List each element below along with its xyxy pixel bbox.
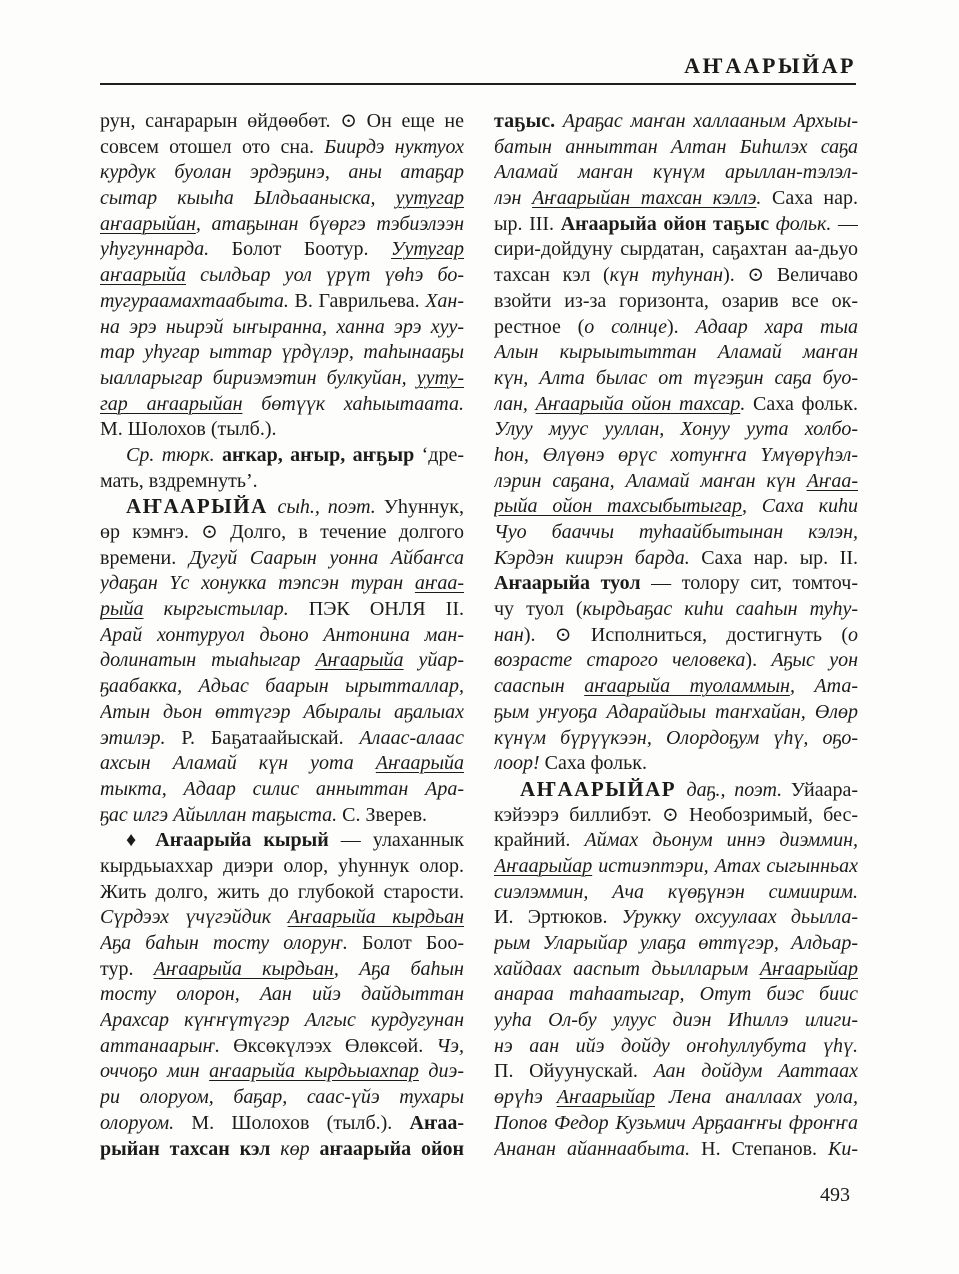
example-text: кыргыстылар. [144,598,309,620]
text-line: П. Ойуунускай. Аан дойдум Ааттаах [494,1059,858,1085]
example-text: бөтүүк хаһыытаата. [243,393,465,415]
example-text: хайдаах ааспыт дьылларым [494,958,760,980]
example-text: Попов Федор Кузьмич Арҕааҥҥы фроҥҥа [494,1112,858,1134]
text-line: аҥаарыйан, атаҕынан бүөргэ тэбиэлээн [100,212,464,238]
text-segment: М. Шолохов (тылб.). [191,1112,409,1134]
example-text: Арахсар күҥҥүтүгэр Алгыс курдугунан [100,1009,464,1031]
example-text: ри олоруом, баҕар, саас-үйэ тухары [100,1086,464,1108]
text-line: нан). ⊙ Исполниться, достигнуть (о [494,623,858,649]
text-line: кырдьыаххар диэри олор, уһуннук олор. ⊙ [100,854,464,880]
text-line: оччоҕо мин аҥаарыйа кырдьыахпар диэ- [100,1059,464,1085]
example-text: ҕас илгэ Айыллан таҕыста. [100,804,342,826]
text-line: И. Эртюков. Урукку охсуулаах дьылла- [494,905,858,931]
example-text: ахсын Аламай күн уота [100,752,376,774]
text-line: күн, Алта былас от түгэҕин саҕа буо- [494,366,858,392]
text-line: времени. Дугуй Саарын уонна Айбаҥса [100,546,464,572]
underlined-example: рыйа [100,598,144,620]
text-segment: Саха нар. [772,187,858,209]
example-text: ууһа Ол-бу улуус диэн Иһиллэ илиги- [494,1009,858,1031]
example-text: возрасте старого человека [494,649,745,671]
bold-phrase: Аҥаарыйа кырый [155,829,341,851]
text-line: сиэлэммин, Ача күөҕүнэн симиирим. [494,880,858,906]
example-text: сыһ., поэт. [277,496,383,518]
example-text: Лена аналлаах уола, [655,1086,858,1108]
example-text: ҕаабакка, Адьас баарын ырытталлар, [100,675,464,697]
example-text: . [756,187,772,209]
bold-phrase: таҕыс. [494,110,563,132]
text-segment: өр кэмҥэ. ⊙ Долго, в течение долгого [100,521,464,543]
text-line: долинатын тыаһыгар Аҥаарыйа уйар- [100,648,464,674]
example-text: һон, Өлүөнэ өрүс хотуҥҥа Үмүөрүһэл- [494,444,858,466]
header-rule [100,83,856,85]
example-text: лэн [494,187,532,209]
example-text: Аймах дьонум иннэ диэммин, [584,829,858,851]
column-right: таҕыс. Араҕас маҥан халлааным Архыы-баты… [494,109,858,1162]
example-text: Чэ, [436,1035,464,1057]
text-line: рун, саҥарарын өйдөөбөт. ⊙ Он еще не [100,109,464,135]
text-segment: Саха фольк. [753,393,858,415]
text-line: Кэрдэн киирэн барда. Саха нар. ыр. II. [494,546,858,572]
text-segment: Р. Баҕатаайыскай. [181,727,359,749]
text-segment: Н. Степанов. [701,1138,828,1160]
example-text: күн туһунан [610,264,723,286]
example-text: нан [494,624,524,646]
example-text: на эрэ ньирэй ыҥыранна, ханна эрэ хуу- [100,316,464,338]
example-text: , Ата- [790,675,858,697]
example-text: көр [280,1138,309,1160]
text-line: олоруом. М. Шолохов (тылб.). Аҥаа- [100,1111,464,1137]
example-text: сылдьар уол үрүт үөһэ бо- [186,264,464,286]
example-text: удаҕан Үс хонукка тэпсэн туран [100,572,415,594]
text-line: лан, Аҥаарыйа ойон тахсар. Саха фольк. [494,392,858,418]
underlined-example: Аҥаарыйар [557,1086,655,1108]
text-line: тар уһугар ыттар үрдүлэр, таһынааҕы [100,340,464,366]
text-line: крайний. Аймах дьонум иннэ диэммин, [494,828,858,854]
text-segment: М. Шолохов (тылб.). [100,418,277,440]
example-text: олоруом. [100,1112,191,1134]
text-line: хайдаах ааспыт дьылларым Аҥаарыйар [494,957,858,983]
example-text: Урукку охсуулаах дьылла- [622,906,858,928]
text-segment: ). ⊙ Исполниться, достигнуть ( [524,624,848,646]
bold-phrase: Аҥаарыйа туол [494,572,651,594]
text-line: Ананан айаннаабыта. Н. Степанов. Ки- [494,1137,858,1163]
example-text: тыкта, Адаар силис анныттан Ара- [100,778,464,800]
example-text: Аҕа баһын тосту олоруҥ. [100,932,362,954]
text-segment: ‘дре- [422,444,464,466]
text-line: ыалларыгар бириэмэтин булкуйан, ууту- [100,366,464,392]
text-segment: Уһуннук, [384,496,464,518]
text-line: этилэр. Р. Баҕатаайыскай. Алаас-алаас [100,726,464,752]
text-line: чу туол (кырдьаҕас киһи сааһын туһу- [494,597,858,623]
underlined-example: Аҥаа- [807,470,858,492]
example-text: өрүһэ [494,1086,557,1108]
example-text: сиэлэммин, Ача күөҕүнэн симиирим. [494,881,858,903]
example-text: лан, [494,393,536,415]
text-line: возрасте старого человека). Аҕыс уон [494,648,858,674]
text-segment: Өксөкүлээх Өлөксөй. [233,1035,436,1057]
text-segment: — [838,213,858,235]
example-text: Ср. тюрк. [126,444,222,466]
underlined-example: Аҥаарыйан тахсан кэллэ [532,187,756,209]
text-segment: И. Эртюков. [494,906,622,928]
example-text: тосту олорон, Аан ийэ дайдыттан [100,983,464,1005]
example-text: долинатын тыаһыгар [100,649,315,671]
text-line: Атын дьон өттүгэр Абыралы аҕалыах [100,700,464,726]
text-line: М. Шолохов (тылб.). [100,417,464,443]
text-line: батын анныттан Алтан Биһилэх саҕа [494,135,858,161]
text-line: ҕас илгэ Айыллан таҕыста. С. Зверев. [100,803,464,829]
text-segment: крайний. [494,829,584,851]
text-segment: чу туол ( [494,598,583,620]
underlined-example: Аҥаарыйа кырдьан [288,906,464,928]
underlined-example: Аҥаарыйа [315,649,403,671]
text-line: сири-дойдуну сырдатан, саҕахтан аа-дьуо [494,237,858,263]
underlined-example: уутугар [396,187,464,209]
text-segment: тур. [100,958,154,980]
text-line: Улуу муус ууллан, Хонуу уута холбо- [494,417,858,443]
example-text: тугураамахтаабыта. [100,290,294,312]
text-line: Алын кырыытыттан Аламай маҥан [494,340,858,366]
text-line: на эрэ ньирэй ыҥыранна, ханна эрэ хуу- [100,315,464,341]
example-text: истиэптэри, Атах сыгынньах [592,855,858,877]
example-text: Аан дойдум Ааттаах [654,1060,858,1082]
text-segment: взойти из-за горизонта, озарив все ок- [494,290,858,312]
text-line: тур. Аҥаарыйа кырдьан, Аҕа баһын [100,957,464,983]
example-text: нэ аан ийэ дойду оҥоһуллубута үһү. [494,1035,858,1057]
example-text: лэрин саҕана, Аламай маҥан күн [494,470,807,492]
text-segment: Болот Боотур. [232,238,391,260]
text-segment: сири-дойдуну сырдатан, саҕахтан аа-дьуо [494,238,858,260]
example-text: фольк. [776,213,838,235]
text-segment: С. Зверев. [342,804,427,826]
text-segment: Саха фольк. [545,752,647,774]
text-line: Аҕа баһын тосту олоруҥ. Болот Боо- [100,931,464,957]
underlined-example: Уутугар [391,238,464,260]
bold-phrase: рыйан тахсан кэл [100,1138,280,1160]
text-line: рыйа кыргыстылар. ПЭК ОНЛЯ II. [100,597,464,623]
underlined-example: аҥаа- [415,572,464,594]
underlined-example: аҥаарыйа туоламмын [584,675,790,697]
text-line: рестное (о солнце). Адаар хара тыа [494,315,858,341]
example-text: о [848,624,858,646]
underlined-example: аҥаарыйа кырдьыахпар [209,1060,419,1082]
text-line: Сүрдээх үчүгэйдик Аҥаарыйа кырдьан [100,905,464,931]
example-text: күнүм бүрүүкээн, Олордоҕум үһү, оҕо- [494,727,858,749]
text-line: ♦ Аҥаарыйа кырый — улаханнык [100,828,464,854]
example-text: аттанаарыҥ. [100,1035,233,1057]
text-segment: рун, саҥарарын өйдөөбөт. ⊙ Он еще не [100,110,464,132]
example-text: сытар кыыһа Ылдьааныска, [100,187,396,209]
example-text: лоор! [494,752,545,774]
text-line: уһугуннарда. Болот Боотур. Уутугар [100,237,464,263]
example-text: Алын кырыытыттан Аламай маҥан [494,341,858,363]
text-block: рун, саҥарарын өйдөөбөт. ⊙ Он еще несовс… [100,109,858,1162]
text-line: таҕыс. Араҕас маҥан халлааным Архыы- [494,109,858,135]
example-text: рым Уларыйар улаҕа өттүгэр, Алдьар- [494,932,858,954]
example-text: диэ- [419,1060,464,1082]
text-line: лэрин саҕана, Аламай маҥан күн Аҥаа- [494,469,858,495]
example-text: Хан- [425,290,464,312]
bold-phrase: аҥкар, аҥыр, аҥҕыр [222,444,422,466]
headword: АҤААРЫЙА [126,494,277,518]
text-line: кэйээрэ биллибэт. ⊙ Необозримый, бес- [494,803,858,829]
example-text: Адаар хара тыа [695,316,858,338]
text-segment: ). ⊙ Величаво [723,264,858,286]
example-text: Алаас-алаас [359,727,464,749]
text-line: өр кэмҥэ. ⊙ Долго, в течение долгого [100,520,464,546]
example-text: Атын дьон өттүгэр Абыралы аҕалыах [100,701,464,723]
column-left: рун, саҥарарын өйдөөбөт. ⊙ Он еще несовс… [100,109,464,1162]
text-line: гар аҥаарыйан бөтүүк хаһыытаата. [100,392,464,418]
text-line: тосту олорон, Аан ийэ дайдыттан [100,982,464,1008]
example-text: курдук буолан эрдэҕинэ, аны атаҕар [100,161,464,183]
example-text: , атаҕынан бүөргэ тэбиэлээн [196,213,464,235]
text-line: лоор! Саха фольк. [494,751,858,777]
text-segment: П. Ойуунускай. [494,1060,654,1082]
example-text: кырдьаҕас киһи сааһын туһу- [583,598,858,620]
text-line: рыйа ойон тахсыбытыгар, Саха киһи [494,494,858,520]
running-head: АҤААРЫЙАР [100,53,856,79]
text-line: анараа таһаатыгар, Отут биэс биис [494,982,858,1008]
text-line: нэ аан ийэ дойду оҥоһуллубута үһү. [494,1034,858,1060]
text-line: аҥаарыйа сылдьар уол үрүт үөһэ бо- [100,263,464,289]
text-line: АҤААРЫЙА сыһ., поэт. Уһуннук, [100,494,464,520]
text-line: совсем отошел ото сна. Биирдэ нуктуох [100,135,464,161]
text-segment: Болот Боо- [362,932,464,954]
example-text: Улуу муус ууллан, Хонуу уута холбо- [494,418,858,440]
example-text: , Аҕа баһын [334,958,464,980]
text-line: удаҕан Үс хонукка тэпсэн туран аҥаа- [100,571,464,597]
example-text: Сүрдээх үчүгэйдик [100,906,288,928]
underlined-example: Аҥаарыйар [760,958,858,980]
text-segment: кэйээрэ биллибэт. ⊙ Необозримый, бес- [494,804,858,826]
text-segment: — улаханнык [341,829,464,851]
text-line: взойти из-за горизонта, озарив все ок- [494,289,858,315]
example-text: Ананан айаннаабыта. [494,1138,701,1160]
text-segment: времени. [100,547,189,569]
text-segment: рестное ( [494,316,584,338]
text-line: өрүһэ Аҥаарыйар Лена аналлаах уола, [494,1085,858,1111]
text-segment: Жить долго, жить до глубокой старости. [100,881,464,903]
example-text: Аламай маҥан күнүм арыллан-тэлэл- [494,161,858,183]
text-line: сытар кыыһа Ылдьааныска, уутугар [100,186,464,212]
text-line: аттанаарыҥ. Өксөкүлээх Өлөксөй. Чэ, [100,1034,464,1060]
text-segment: мать, вздремнуть’. [100,470,258,492]
example-text: күн, Алта былас от түгэҕин саҕа буо- [494,367,858,389]
text-line: лэн Аҥаарыйан тахсан кэллэ. Саха нар. [494,186,858,212]
text-segment: тахсан кэл ( [494,264,610,286]
example-text: Аҕыс уон [771,649,858,671]
example-text: , Саха киһи [742,495,858,517]
example-text: уйар- [404,649,464,671]
text-line: күнүм бүрүүкээн, Олордоҕум үһү, оҕо- [494,726,858,752]
text-segment: ). [667,316,695,338]
example-text: этилэр. [100,727,181,749]
underlined-example: Аҥаарыйа кырдьан [154,958,334,980]
text-line: Жить долго, жить до глубокой старости. [100,880,464,906]
page-number: 493 [100,1184,850,1207]
example-text: о солнце [584,316,667,338]
text-segment: Саха нар. ыр. II. [701,547,858,569]
example-text: анараа таһаатыгар, Отут биэс биис [494,983,858,1005]
example-text: уһугуннарда. [100,238,232,260]
dictionary-page: АҤААРЫЙАР рун, саҥарарын өйдөөбөт. ⊙ Он … [0,0,959,1274]
example-text: сааспын [494,675,584,697]
text-line: ууһа Ол-бу улуус диэн Иһиллэ илиги- [494,1008,858,1034]
bold-phrase: Аҥаарыйа ойон таҕыс [561,213,776,235]
text-line: Арахсар күҥҥүтүгэр Алгыс курдугунан [100,1008,464,1034]
text-line: АҤААРЫЙАР даҕ., поэт. Уйаара- [494,777,858,803]
underlined-example: аҥаарыйан [100,213,196,235]
example-text: Дугуй Саарын уонна Айбаҥса [189,547,464,569]
example-text: Биирдэ нуктуох [324,136,464,158]
example-text: . [740,393,753,415]
bold-phrase: аҥаарыйа ойон [310,1138,464,1160]
text-line: Аламай маҥан күнүм арыллан-тэлэл- [494,160,858,186]
text-segment: ыр. III. [494,213,561,235]
underlined-example: рыйа ойон тахсыбытыгар [494,495,742,517]
text-line: тугураамахтаабыта. В. Гаврильева. Хан- [100,289,464,315]
example-text: ыалларыгар бириэмэтин булкуйан, [100,367,417,389]
text-line: Ср. тюрк. аҥкар, аҥыр, аҥҕыр ‘дре- [100,443,464,469]
text-segment: кырдьыаххар диэри олор, уһуннук олор. ⊙ [100,855,464,880]
text-line: курдук буолан эрдэҕинэ, аны атаҕар [100,160,464,186]
example-text: Арай хонтуруол дьоно Антонина ман- [100,624,464,646]
example-text: ҕым уҥуоҕа Адарайдыы таҥхайан, Өлөр [494,701,858,723]
text-line: рым Уларыйар улаҕа өттүгэр, Алдьар- [494,931,858,957]
text-line: мать, вздремнуть’. [100,469,464,495]
text-line: ахсын Аламай күн уота Аҥаарыйа [100,751,464,777]
example-text: батын анныттан Алтан Биһилэх саҕа [494,136,858,158]
underlined-example: гар аҥаарыйан [100,393,243,415]
bold-phrase: Аҥаа- [410,1112,464,1134]
headword: АҤААРЫЙАР [520,777,687,801]
text-segment: ПЭК ОНЛЯ II. [309,598,464,620]
text-line: Чуо бааччы туһаайбытынан кэлэн, [494,520,858,546]
example-text: Ки- [828,1138,858,1160]
text-segment: совсем отошел ото сна. [100,136,324,158]
underlined-example: Аҥаарыйа [376,752,464,774]
text-line: ҕаабакка, Адьас баарын ырытталлар, [100,674,464,700]
text-line: ҕым уҥуоҕа Адарайдыы таҥхайан, Өлөр [494,700,858,726]
text-segment: Уйаара- [791,779,858,801]
example-text: Кэрдэн киирэн барда. [494,547,701,569]
example-text: тар уһугар ыттар үрдүлэр, таһынааҕы [100,341,464,363]
underlined-example: аҥаарыйа [100,264,186,286]
text-line: ри олоруом, баҕар, саас-үйэ тухары [100,1085,464,1111]
text-line: һон, Өлүөнэ өрүс хотуҥҥа Үмүөрүһэл- [494,443,858,469]
example-text: Араҕас маҥан халлааным Архыы- [563,110,858,132]
text-line: Попов Федор Кузьмич Арҕааҥҥы фроҥҥа [494,1111,858,1137]
text-line: Арай хонтуруол дьоно Антонина ман- [100,623,464,649]
text-segment: ♦ [126,829,155,851]
two-column-layout: рун, саҥарарын өйдөөбөт. ⊙ Он еще несовс… [100,109,858,1162]
text-line: рыйан тахсан кэл көр аҥаарыйа ойон [100,1137,464,1163]
underlined-example: ууту- [417,367,464,389]
text-segment: ). [745,649,771,671]
text-line: тахсан кэл (күн туһунан). ⊙ Величаво [494,263,858,289]
example-text: Чуо бааччы туһаайбытынан кэлэн, [494,521,858,543]
text-line: Аҥаарыйа туол — толору сит, томточ- [494,571,858,597]
underlined-example: Аҥаарыйар [494,855,592,877]
example-text: даҕ., поэт. [687,779,791,801]
text-line: тыкта, Адаар силис анныттан Ара- [100,777,464,803]
text-line: сааспын аҥаарыйа туоламмын, Ата- [494,674,858,700]
text-line: ыр. III. Аҥаарыйа ойон таҕыс фольк. — [494,212,858,238]
underlined-example: Аҥаарыйа ойон тахсар [536,393,741,415]
text-line: Аҥаарыйар истиэптэри, Атах сыгынньах [494,854,858,880]
text-segment: — толору сит, томточ- [651,572,858,594]
text-segment: В. Гаврильева. [294,290,425,312]
example-text: оччоҕо мин [100,1060,209,1082]
